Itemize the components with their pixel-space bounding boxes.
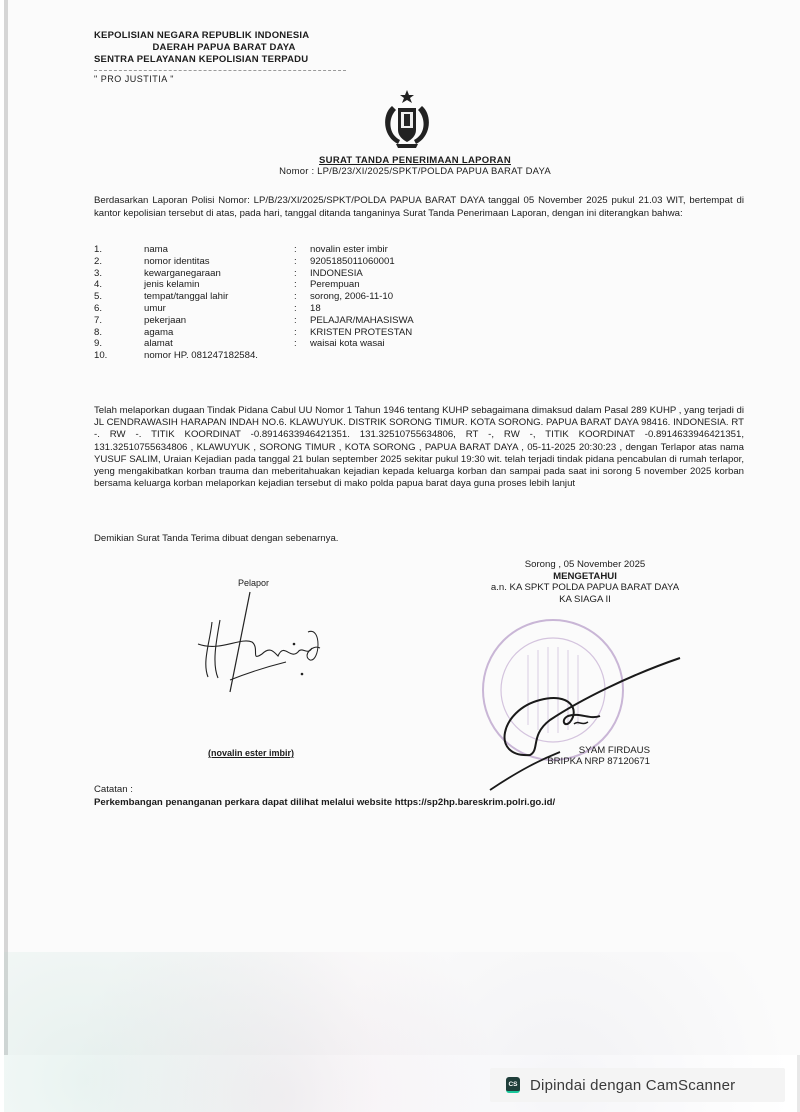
field-label: alamat bbox=[144, 338, 294, 350]
pro-justitia: " PRO JUSTITIA " bbox=[94, 74, 354, 84]
letterhead-line-3: SENTRA PELAYANAN KEPOLISIAN TERPADU bbox=[94, 54, 354, 66]
field-label: nomor identitas bbox=[144, 256, 294, 268]
field-value: Perempuan bbox=[310, 279, 594, 291]
detail-row: 1. nama : novalin ester imbir bbox=[94, 244, 594, 256]
letterhead: KEPOLISIAN NEGARA REPUBLIK INDONESIA DAE… bbox=[94, 30, 354, 84]
notes-section: Catatan : Perkembangan penanganan perkar… bbox=[94, 783, 555, 809]
separator: : bbox=[294, 338, 310, 350]
camscanner-text: Dipindai dengan CamScanner bbox=[530, 1077, 735, 1094]
field-label: agama bbox=[144, 327, 294, 339]
letterhead-line-2: DAERAH PAPUA BARAT DAYA bbox=[94, 42, 354, 54]
detail-row: 8. agama : KRISTEN PROTESTAN bbox=[94, 327, 594, 339]
police-emblem-icon bbox=[378, 88, 436, 150]
officer-info: SYAM FIRDAUS BRIPKA NRP 87120671 bbox=[520, 745, 650, 767]
row-number: 5. bbox=[94, 291, 144, 303]
officer-name: SYAM FIRDAUS bbox=[520, 745, 650, 756]
row-number: 1. bbox=[94, 244, 144, 256]
field-label: umur bbox=[144, 303, 294, 315]
place-date: Sorong , 05 November 2025 bbox=[450, 559, 720, 571]
letterhead-divider bbox=[94, 70, 346, 71]
field-label: kewarganegaraan bbox=[144, 268, 294, 280]
row-number: 7. bbox=[94, 315, 144, 327]
intro-paragraph: Berdasarkan Laporan Polisi Nomor: LP/B/2… bbox=[94, 195, 744, 220]
field-value: KRISTEN PROTESTAN bbox=[310, 327, 594, 339]
detail-row: 2. nomor identitas : 9205185011060001 bbox=[94, 256, 594, 268]
document-number: Nomor : LP/B/23/XI/2025/SPKT/POLDA PAPUA… bbox=[250, 166, 580, 177]
field-value: waisai kota wasai bbox=[310, 338, 594, 350]
detail-row: 6. umur : 18 bbox=[94, 303, 594, 315]
field-value: 9205185011060001 bbox=[310, 256, 594, 268]
detail-row: 4. jenis kelamin : Perempuan bbox=[94, 279, 594, 291]
row-number: 10. bbox=[94, 350, 144, 362]
field-label: tempat/tanggal lahir bbox=[144, 291, 294, 303]
notes-heading: Catatan : bbox=[94, 783, 555, 796]
row-number: 9. bbox=[94, 338, 144, 350]
detail-row: 3. kewarganegaraan : INDONESIA bbox=[94, 268, 594, 280]
officer-position: KA SIAGA II bbox=[450, 594, 720, 606]
field-value: 18 bbox=[310, 303, 594, 315]
separator: : bbox=[294, 256, 310, 268]
field-value: novalin ester imbir bbox=[310, 244, 594, 256]
report-body-paragraph: Telah melaporkan dugaan Tindak Pidana Ca… bbox=[94, 405, 744, 490]
reporter-signature-icon bbox=[190, 582, 340, 702]
camscanner-logo-icon: CS bbox=[506, 1077, 520, 1093]
detail-row: 7. pekerjaan : PELAJAR/MAHASISWA bbox=[94, 315, 594, 327]
field-label: pekerjaan bbox=[144, 315, 294, 327]
mengetahui-label: MENGETAHUI bbox=[450, 571, 720, 583]
letterhead-line-1: KEPOLISIAN NEGARA REPUBLIK INDONESIA bbox=[94, 30, 354, 42]
row-number: 3. bbox=[94, 268, 144, 280]
reporter-details: 1. nama : novalin ester imbir 2. nomor i… bbox=[94, 244, 594, 362]
pelapor-name: (novalin ester imbir) bbox=[208, 748, 294, 758]
officer-rank-nrp: BRIPKA NRP 87120671 bbox=[520, 756, 650, 767]
separator: : bbox=[294, 279, 310, 291]
acknowledgement-block: Sorong , 05 November 2025 MENGETAHUI a.n… bbox=[450, 559, 720, 605]
officer-signature-icon bbox=[470, 640, 710, 800]
detail-row: 10. nomor HP. 081247182584. bbox=[94, 350, 594, 362]
field-value: INDONESIA bbox=[310, 268, 594, 280]
separator: : bbox=[294, 327, 310, 339]
row-number: 2. bbox=[94, 256, 144, 268]
field-label: jenis kelamin bbox=[144, 279, 294, 291]
on-behalf-of: a.n. KA SPKT POLDA PAPUA BARAT DAYA bbox=[450, 582, 720, 594]
camscanner-watermark: CS Dipindai dengan CamScanner bbox=[490, 1068, 785, 1102]
row-number: 6. bbox=[94, 303, 144, 315]
row-number: 8. bbox=[94, 327, 144, 339]
field-label: nomor HP. 081247182584. bbox=[144, 350, 594, 362]
detail-row: 9. alamat : waisai kota wasai bbox=[94, 338, 594, 350]
field-value: PELAJAR/MAHASISWA bbox=[310, 315, 594, 327]
detail-row: 5. tempat/tanggal lahir : sorong, 2006-1… bbox=[94, 291, 594, 303]
separator: : bbox=[294, 291, 310, 303]
closing-statement: Demikian Surat Tanda Terima dibuat denga… bbox=[94, 533, 338, 544]
separator: : bbox=[294, 244, 310, 256]
row-number: 4. bbox=[94, 279, 144, 291]
document-title: SURAT TANDA PENERIMAAN LAPORAN bbox=[290, 155, 540, 166]
separator: : bbox=[294, 315, 310, 327]
field-label: nama bbox=[144, 244, 294, 256]
notes-text: Perkembangan penanganan perkara dapat di… bbox=[94, 796, 555, 809]
separator: : bbox=[294, 303, 310, 315]
separator: : bbox=[294, 268, 310, 280]
field-value: sorong, 2006-11-10 bbox=[310, 291, 594, 303]
